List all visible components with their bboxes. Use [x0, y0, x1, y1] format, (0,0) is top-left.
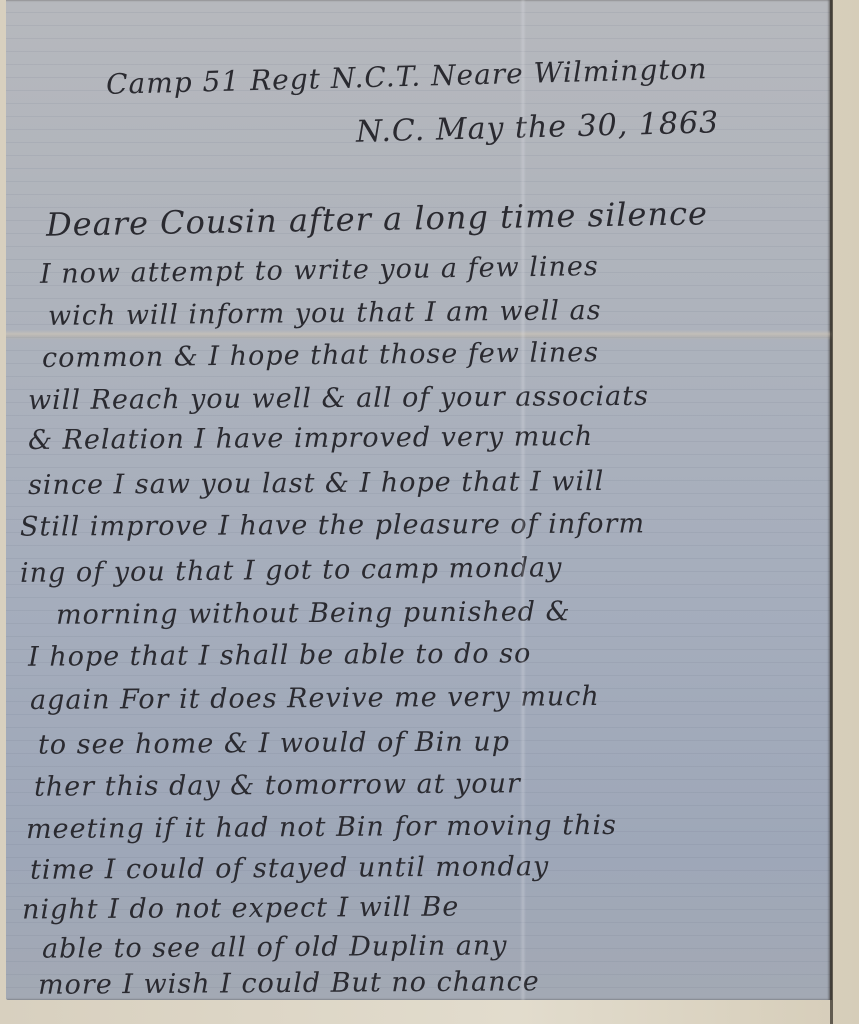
letter-line: night I do not expect I will Be	[22, 891, 459, 925]
letter-line: & Relation I have improved very much	[28, 421, 593, 456]
letter-line: since I saw you last & I hope that I wil…	[28, 466, 605, 501]
letter-line: I hope that I shall be able to do so	[28, 638, 532, 673]
letter-line: more I wish I could But no chance	[38, 966, 540, 1001]
letter-line: Deare Cousin after a long time silence	[46, 194, 708, 244]
letter-paper: Camp 51 Regt N.C.T. Neare Wilmington N.C…	[6, 0, 832, 1000]
letter-line: to see home & I would of Bin up	[38, 726, 510, 760]
paper-edge-shadow	[830, 0, 833, 1024]
letter-line: ther this day & tomorrow at your	[34, 768, 521, 802]
letter-line: wich will inform you that I am well as	[48, 295, 602, 332]
letter-line: Still improve I have the pleasure of inf…	[20, 508, 645, 542]
letter-heading-location: Camp 51 Regt N.C.T. Neare Wilmington	[106, 52, 708, 101]
letter-line: able to see all of old Duplin any	[42, 930, 508, 964]
letter-line: morning without Being punished &	[56, 596, 571, 631]
letter-line: I now attempt to write you a few lines	[40, 251, 599, 290]
letter-line: ing of you that I got to camp monday	[20, 552, 563, 589]
letter-line: again For it does Revive me very much	[30, 681, 600, 716]
letter-line: will Reach you well & all of your associ…	[28, 381, 649, 416]
letter-line: time I could of stayed until monday	[30, 851, 549, 886]
letter-photo: Camp 51 Regt N.C.T. Neare Wilmington N.C…	[0, 0, 859, 1024]
letter-line: meeting if it had not Bin for moving thi…	[26, 810, 617, 845]
letter-heading-date: N.C. May the 30, 1863	[356, 105, 720, 149]
letter-line: common & I hope that those few lines	[42, 337, 599, 374]
